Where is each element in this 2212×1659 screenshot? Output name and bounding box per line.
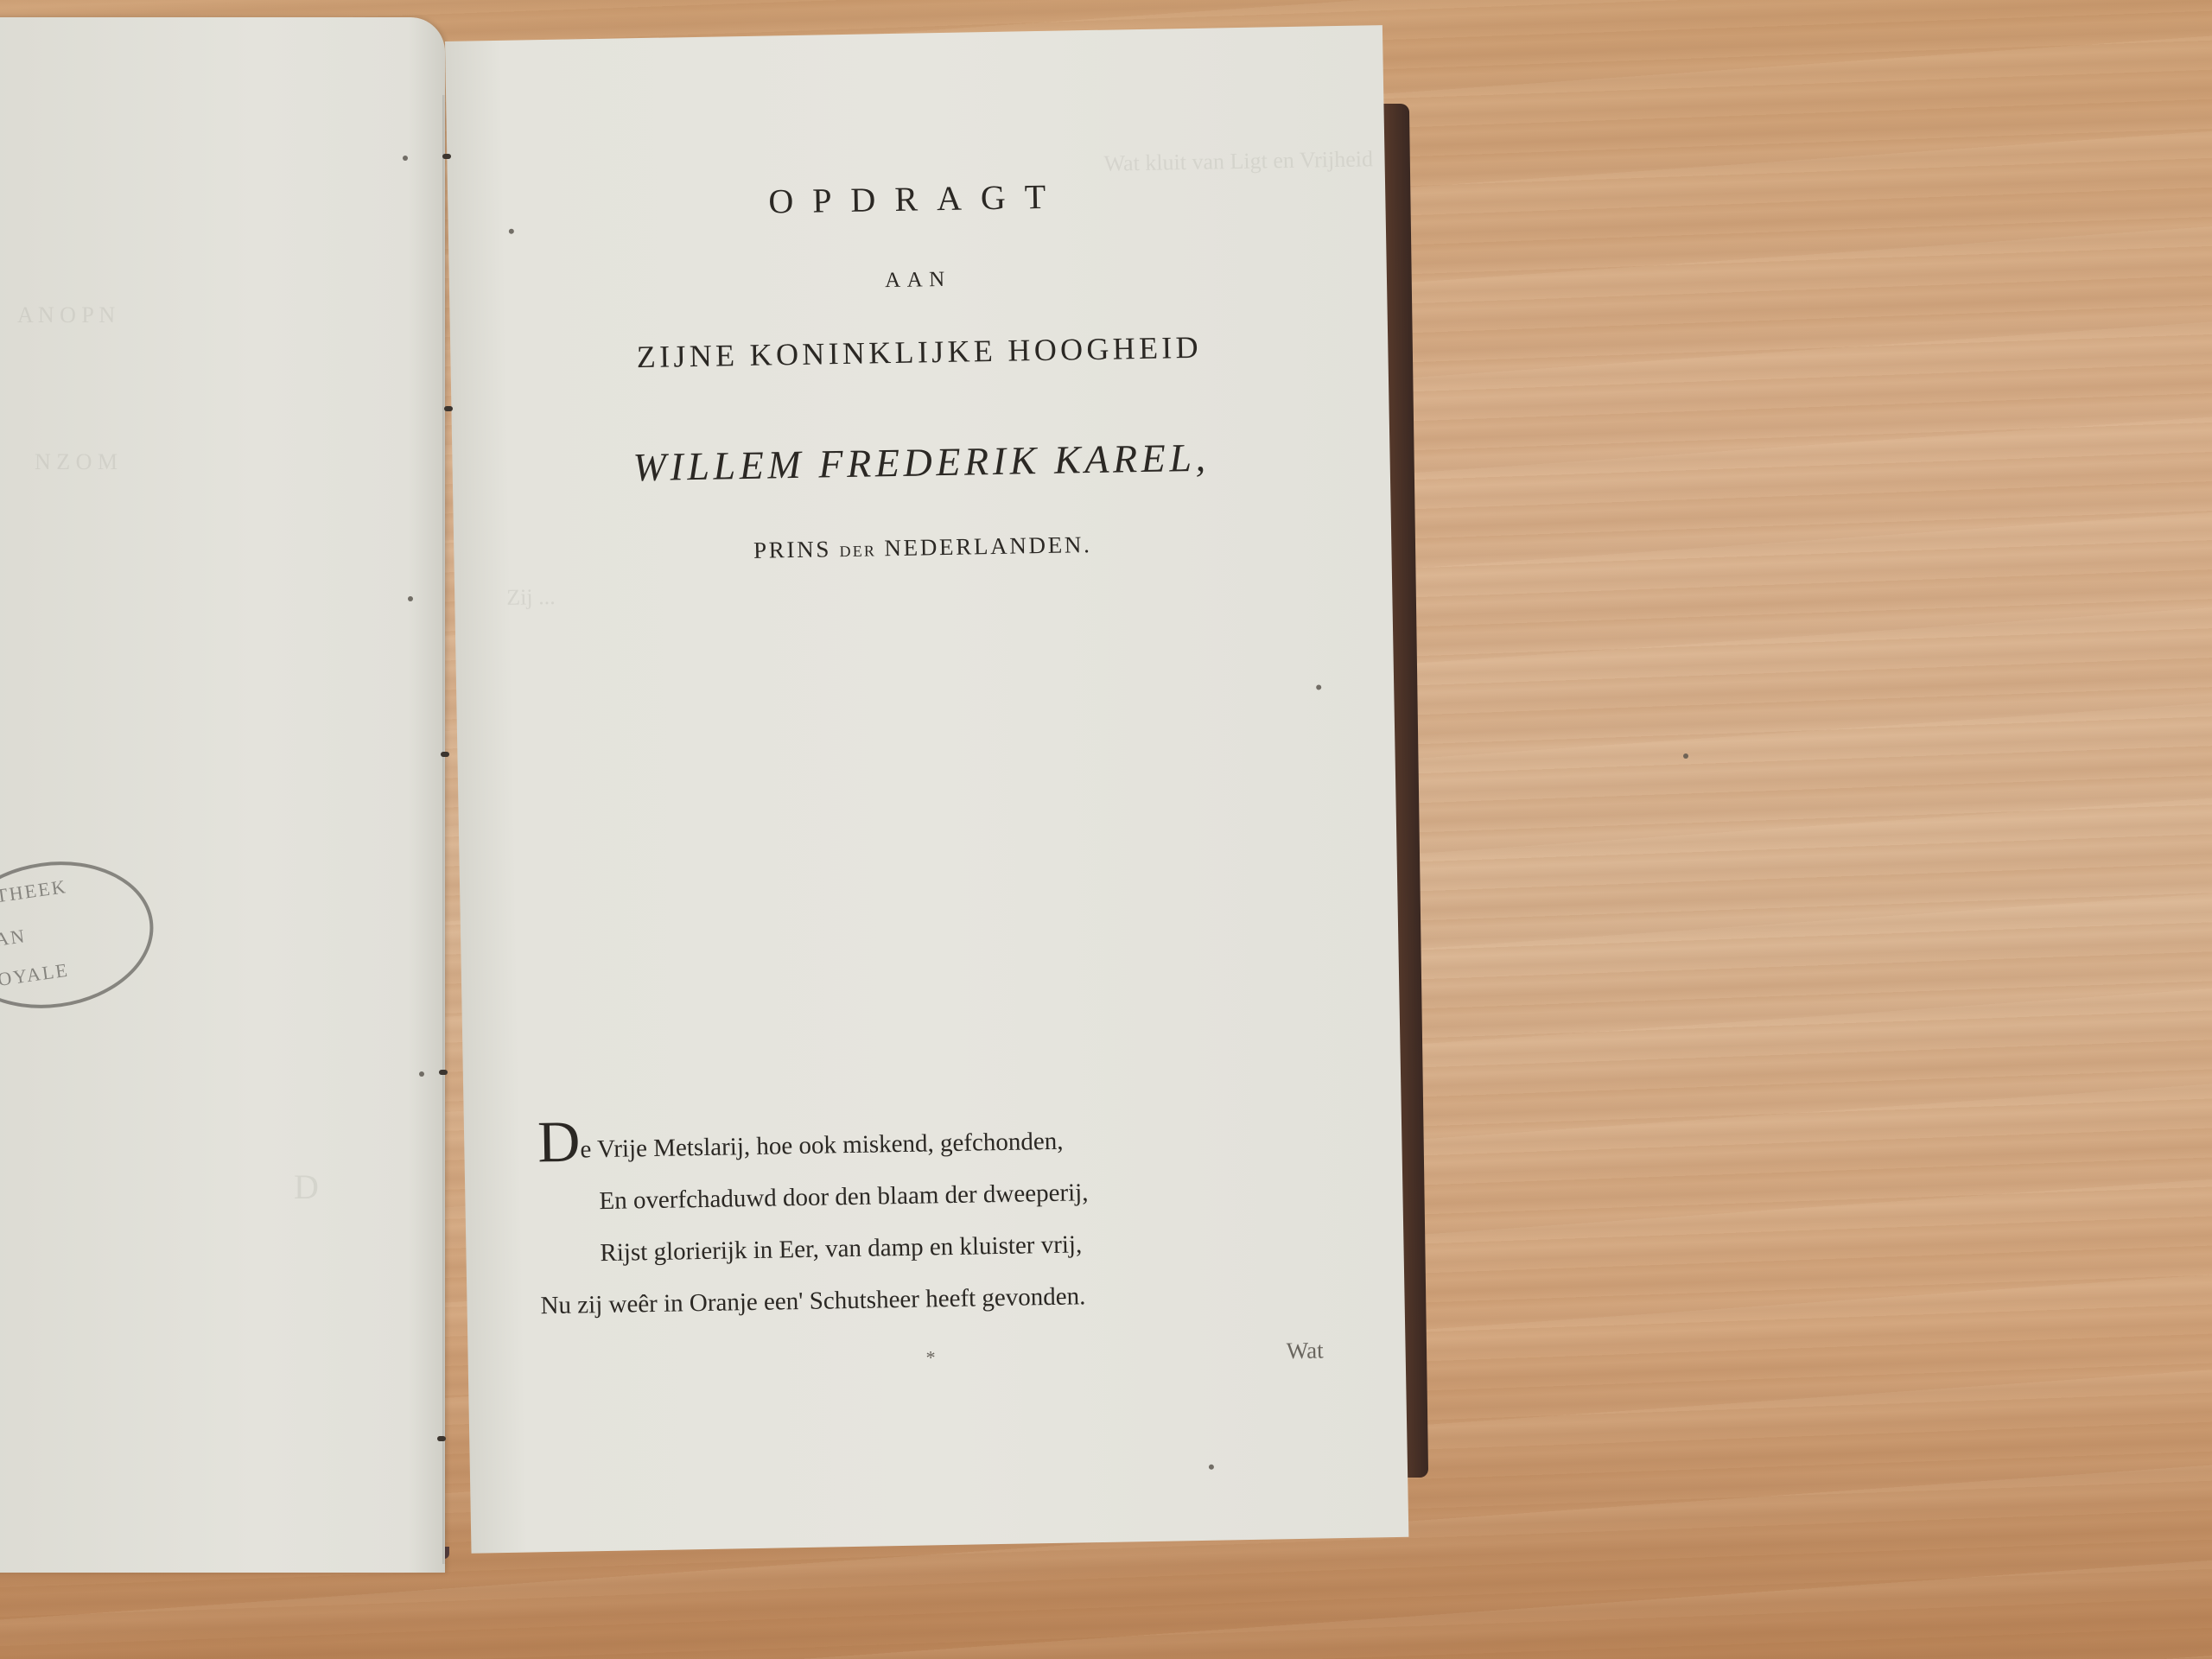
dedicatee-name: WILLEM FREDERIK KAREL, [452, 431, 1390, 493]
page-content: Wat kluit van Ligt en Vrijheid Zij ... O… [445, 25, 1408, 1554]
ink-speck [419, 1071, 424, 1077]
der-word: DER [839, 542, 876, 560]
drop-cap: D [537, 1108, 581, 1174]
honorific: ZIJNE KONINKLIJKE HOOGHEID [450, 326, 1389, 378]
ink-speck [403, 156, 408, 161]
catchword: Wat [1287, 1337, 1324, 1364]
binding-stitch [441, 752, 449, 757]
left-page: A N O P N N Z O M D OTHEEK AN ROYALE [0, 17, 445, 1573]
library-stamp: OTHEEK AN ROYALE [0, 849, 163, 1020]
nederlanden-word: NEDERLANDEN. [884, 531, 1092, 561]
stamp-text-line3: ROYALE [0, 959, 71, 994]
bleed-through-text: A N O P N [17, 302, 115, 328]
ink-speck [408, 596, 413, 601]
prins-word: PRINS [753, 536, 832, 563]
book-gutter [442, 95, 446, 1564]
verse-stanza: De Vrije Metslarij, hoe ook miskend, gef… [537, 1115, 1090, 1332]
signature-mark: * [925, 1346, 935, 1369]
dedicatee-title: PRINS DER NEDERLANDEN. [454, 526, 1391, 569]
verse-line: En overfchaduwd door den blaam der dweep… [538, 1166, 1089, 1228]
binding-stitch [437, 1436, 446, 1441]
binding-stitch [442, 154, 451, 159]
dedication-to: AAN [449, 260, 1387, 301]
page-title: OPDRAGT [448, 170, 1386, 227]
right-page: Wat kluit van Ligt en Vrijheid Zij ... O… [445, 25, 1408, 1554]
wood-speck [1683, 753, 1688, 759]
ink-speck [1316, 684, 1321, 690]
verse-line: De Vrije Metslarij, hoe ook miskend, gef… [537, 1115, 1088, 1176]
binding-stitch [444, 406, 453, 411]
bleed-through-text: Zij ... [506, 584, 556, 611]
verse-line: Nu zij weêr in Oranje een' Schutsheer he… [540, 1270, 1090, 1332]
stamp-text-line1: OTHEEK [0, 875, 68, 910]
ink-speck [509, 229, 514, 234]
verse-line: Rijst glorierijk in Eer, van damp en klu… [539, 1218, 1090, 1280]
bleed-through-text: D [294, 1166, 319, 1207]
binding-stitch [439, 1070, 448, 1075]
stamp-text-line2: AN [0, 925, 28, 951]
bleed-through-text: N Z O M [35, 449, 118, 475]
ink-speck [1209, 1465, 1214, 1470]
